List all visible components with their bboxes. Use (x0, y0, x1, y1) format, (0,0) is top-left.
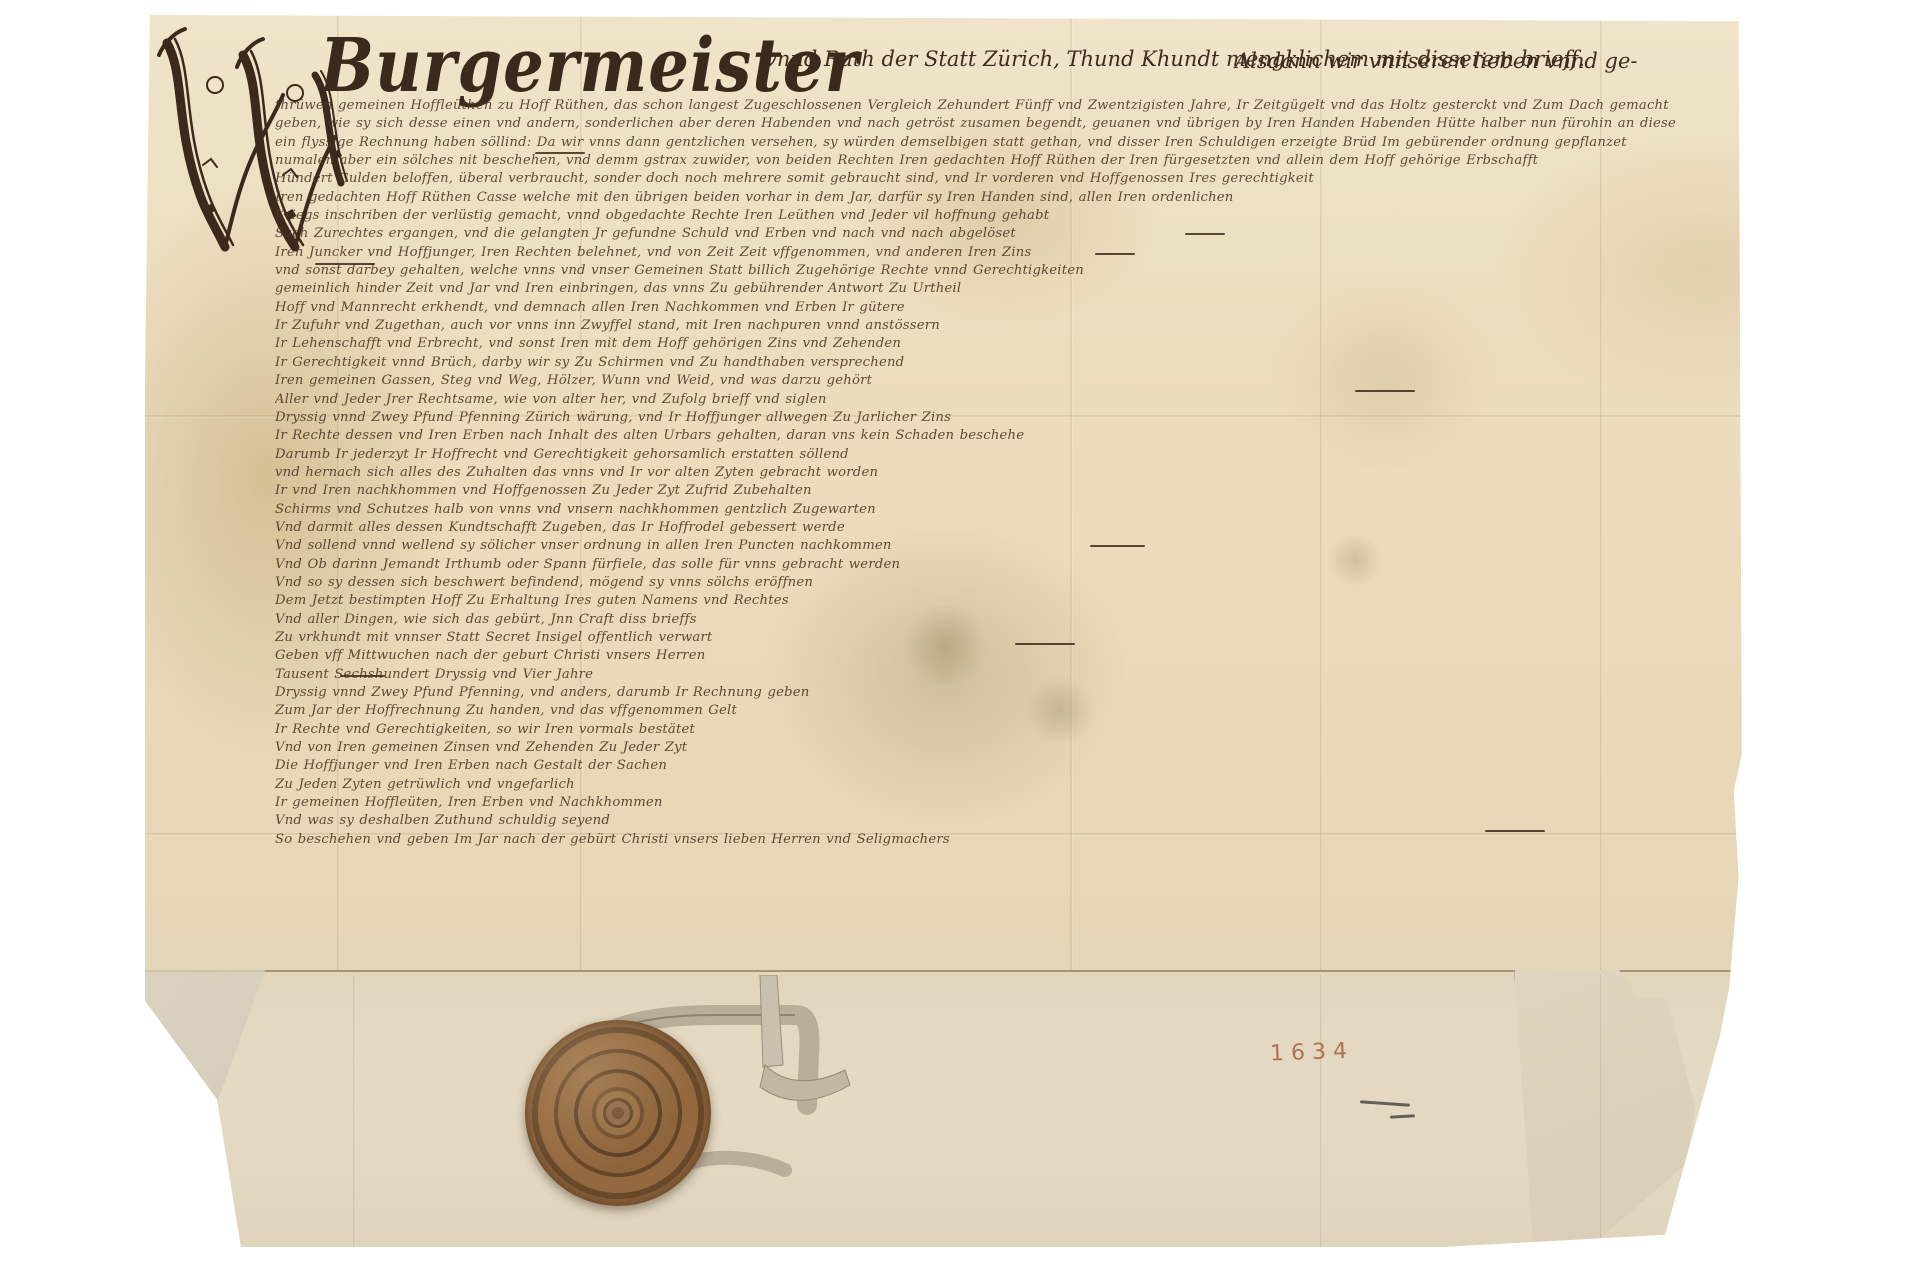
text-line: Aller vnd Jeder Jrer Rechtsame, wie von … (275, 391, 1720, 409)
text-line: ein flyssige Rechnung haben söllind: Da … (275, 134, 1720, 152)
text-line: Iren gemeinen Gassen, Steg vnd Weg, Hölz… (275, 372, 1720, 390)
text-line: Tausent Sechshundert Dryssig vnd Vier Ja… (275, 666, 1720, 684)
text-line: vnd hernach sich alles des Zuhalten das … (275, 464, 1720, 482)
text-line: Ir Lehenschafft vnd Erbrecht, vnd sonst … (275, 335, 1720, 353)
parchment-document: Burgermeister vnnd Rath der Statt Zürich… (145, 15, 1745, 1247)
date-annotation: 1634 (1270, 1039, 1355, 1067)
text-line: thrüwen gemeinen Hoffleüthen zu Hoff Rüt… (275, 97, 1720, 115)
flourish-mark (1095, 253, 1135, 255)
flourish-mark (1185, 233, 1225, 235)
text-line: Zu Jeden Zyten getrüwlich vnd vngefarlic… (275, 776, 1720, 794)
text-line: vnd sonst darbey gehalten, welche vnns v… (275, 262, 1720, 280)
text-line: Dem Jetzt bestimpten Hoff Zu Erhaltung I… (275, 592, 1720, 610)
text-line: Iren gedachten Hoff Rüthen Casse welche … (275, 189, 1720, 207)
flourish-mark (1090, 545, 1145, 547)
text-line: So beschehen vnd geben Im Jar nach der g… (275, 831, 1720, 849)
text-line: Dryssig vnnd Zwey Pfund Pfenning Zürich … (275, 409, 1720, 427)
text-line: Hündert Gulden beloffen, überal verbrauc… (275, 170, 1720, 188)
text-line: Hoff vnd Mannrecht erkhendt, vnd demnach… (275, 299, 1720, 317)
text-line: Kriegs inschriben der verlüstig gemacht,… (275, 207, 1720, 225)
turnup-fold (145, 970, 1745, 1249)
text-line: Ir Rechte dessen vnd Iren Erben nach Inh… (275, 427, 1720, 445)
text-line: Iren Juncker vnd Hoffjunger, Iren Rechte… (275, 244, 1720, 262)
text-line: gemeinlich hinder Zeit vnd Jar vnd Iren … (275, 280, 1720, 298)
text-line: Darumb Ir jederzyt Ir Hoffrecht vnd Gere… (275, 446, 1720, 464)
text-line: Vnd Ob darinn Jemandt Irthumb oder Spann… (275, 556, 1720, 574)
text-line: geben, wie sy sich desse einen vnd ander… (275, 115, 1720, 133)
text-line: Geben vff Mittwuchen nach der geburt Chr… (275, 647, 1720, 665)
flourish-mark (340, 675, 385, 677)
flourish-mark (1485, 830, 1545, 832)
flourish-mark (535, 152, 585, 154)
text-line: Ir Zufuhr vnd Zugethan, auch vor vnns in… (275, 317, 1720, 335)
text-line: Vnd sollend vnnd wellend sy sölicher vns… (275, 537, 1720, 555)
text-line: Zu vrkhundt mit vnnser Statt Secret Insi… (275, 629, 1720, 647)
text-line: Vnd was sy deshalben Zuthund schuldig se… (275, 812, 1720, 830)
document-body-text: thrüwen gemeinen Hoffleüthen zu Hoff Rüt… (275, 97, 1720, 904)
text-line (275, 886, 1720, 904)
text-line: Die Hoffjunger vnd Iren Erben nach Gesta… (275, 757, 1720, 775)
text-line: Vnd so sy dessen sich beschwert befinden… (275, 574, 1720, 592)
text-line: Sach Zurechtes ergangen, vnd die gelangt… (275, 225, 1720, 243)
heading-line-continued: Alsdann wir vnnseren lieben vnnd ge- (1235, 49, 1637, 73)
text-line (275, 849, 1720, 867)
flourish-mark (1355, 390, 1415, 392)
flourish-mark (1015, 643, 1075, 645)
text-line: Schirms vnd Schutzes halb von vnns vnd v… (275, 501, 1720, 519)
wax-seal-highlight (525, 1020, 711, 1206)
text-line: Ir vnd Iren nachkhommen vnd Hoffgenossen… (275, 482, 1720, 500)
text-line: numalen aber ein sölches nit beschehen, … (275, 152, 1720, 170)
text-line (275, 867, 1720, 885)
flourish-mark (315, 263, 375, 265)
text-line: Vnd aller Dingen, wie sich das gebürt, J… (275, 611, 1720, 629)
text-line: Ir Rechte vnd Gerechtigkeiten, so wir Ir… (275, 721, 1720, 739)
text-line: Ir Gerechtigkeit vnnd Brüch, darby wir s… (275, 354, 1720, 372)
text-line: Zum Jar der Hoffrechnung Zu handen, vnd … (275, 702, 1720, 720)
text-line: Dryssig vnnd Zwey Pfund Pfenning, vnd an… (275, 684, 1720, 702)
text-line: Vnd darmit alles dessen Kundtschafft Zug… (275, 519, 1720, 537)
text-line: Ir gemeinen Hoffleüten, Iren Erben vnd N… (275, 794, 1720, 812)
text-line: Vnd von Iren gemeinen Zinsen vnd Zehende… (275, 739, 1720, 757)
